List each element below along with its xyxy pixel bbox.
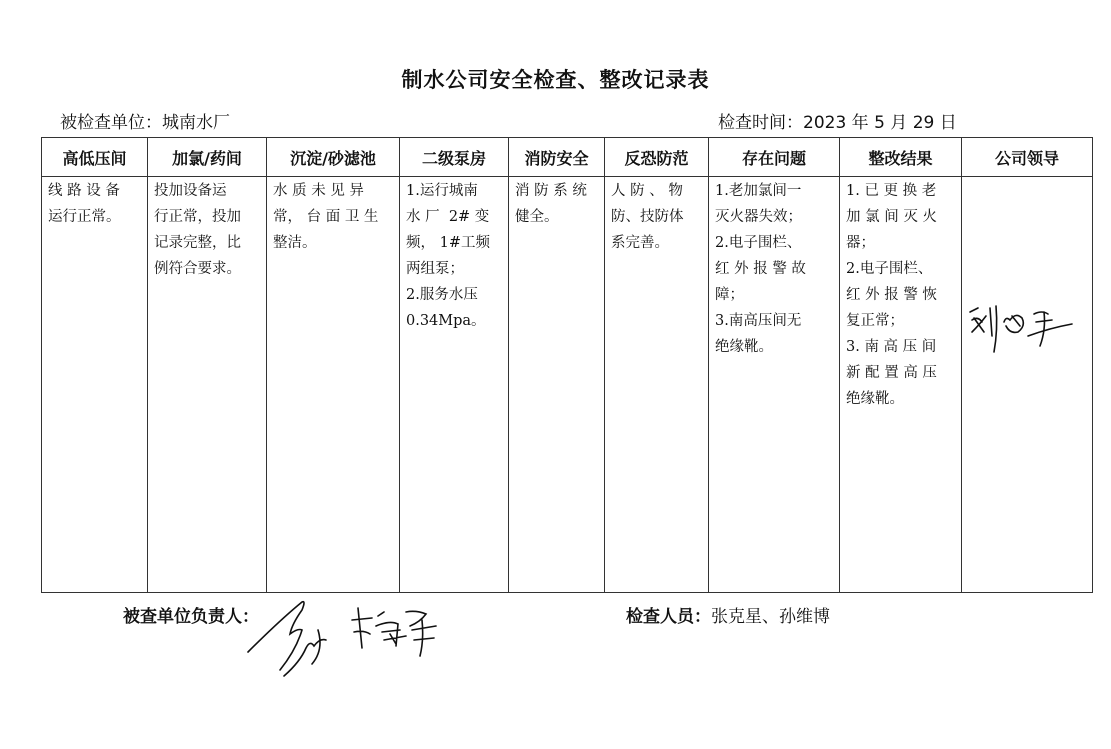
cell-issues: 1.老加氯间一 灭火器失效； 2.电子围栏、 红 外 报 警 故 障； 3.南高… bbox=[709, 177, 840, 593]
col-header-fire-safety: 消防安全 bbox=[509, 138, 605, 177]
inspection-table: 高低压间 加氯/药间 沉淀/砂滤池 二级泵房 消防安全 反恐防范 存在问题 整改… bbox=[41, 137, 1093, 593]
cell-fire-safety: 消 防 系 统 健全。 bbox=[509, 177, 605, 593]
inspected-unit-value: 城南水厂 bbox=[162, 113, 230, 133]
col-header-pump-house: 二级泵房 bbox=[400, 138, 509, 177]
inspection-time: 检查时间：2023 年 5 月 29 日 bbox=[718, 108, 957, 133]
col-header-anti-terror: 反恐防范 bbox=[605, 138, 709, 177]
col-header-issues: 存在问题 bbox=[709, 138, 840, 177]
inspectors-label: 检查人员： bbox=[626, 607, 711, 627]
leader-signature bbox=[960, 290, 1090, 360]
table-row: 线 路 设 备 运行正常。 投加设备运 行正常，投加 记录完整，比 例符合要求。… bbox=[42, 177, 1093, 593]
inspection-time-value: 2023 年 5 月 29 日 bbox=[803, 113, 957, 133]
col-header-chlorine-room: 加氯/药间 bbox=[148, 138, 267, 177]
document-title: 制水公司安全检查、整改记录表 bbox=[0, 64, 1111, 94]
cell-anti-terror: 人 防 、 物 防、技防体 系完善。 bbox=[605, 177, 709, 593]
col-header-leader: 公司领导 bbox=[962, 138, 1093, 177]
cell-pump-house: 1.运行城南 水 厂 2# 变 频， 1#工频 两组泵； 2.服务水压 0.34… bbox=[400, 177, 509, 593]
inspected-unit: 被检查单位：城南水厂 bbox=[60, 108, 230, 133]
inspectors-value: 张克星、孙维博 bbox=[711, 607, 830, 627]
inspectors: 检查人员：张克星、孙维博 bbox=[626, 602, 830, 627]
responsible-signature bbox=[240, 590, 460, 685]
cell-rectification: 1. 已 更 换 老 加 氯 间 灭 火 器； 2.电子围栏、 红 外 报 警 … bbox=[840, 177, 962, 593]
cell-sedimentation: 水 质 未 见 异 常， 台 面 卫 生 整洁。 bbox=[267, 177, 400, 593]
col-header-rectification: 整改结果 bbox=[840, 138, 962, 177]
inspection-time-label: 检查时间： bbox=[718, 113, 803, 133]
responsible-person: 被查单位负责人： bbox=[123, 602, 259, 627]
header-row: 高低压间 加氯/药间 沉淀/砂滤池 二级泵房 消防安全 反恐防范 存在问题 整改… bbox=[42, 138, 1093, 177]
col-header-high-low-voltage: 高低压间 bbox=[42, 138, 148, 177]
inspected-unit-label: 被检查单位： bbox=[60, 113, 162, 133]
responsible-label: 被查单位负责人： bbox=[123, 607, 259, 627]
cell-chlorine-room: 投加设备运 行正常，投加 记录完整，比 例符合要求。 bbox=[148, 177, 267, 593]
cell-leader bbox=[962, 177, 1093, 593]
cell-high-low-voltage: 线 路 设 备 运行正常。 bbox=[42, 177, 148, 593]
col-header-sedimentation: 沉淀/砂滤池 bbox=[267, 138, 400, 177]
